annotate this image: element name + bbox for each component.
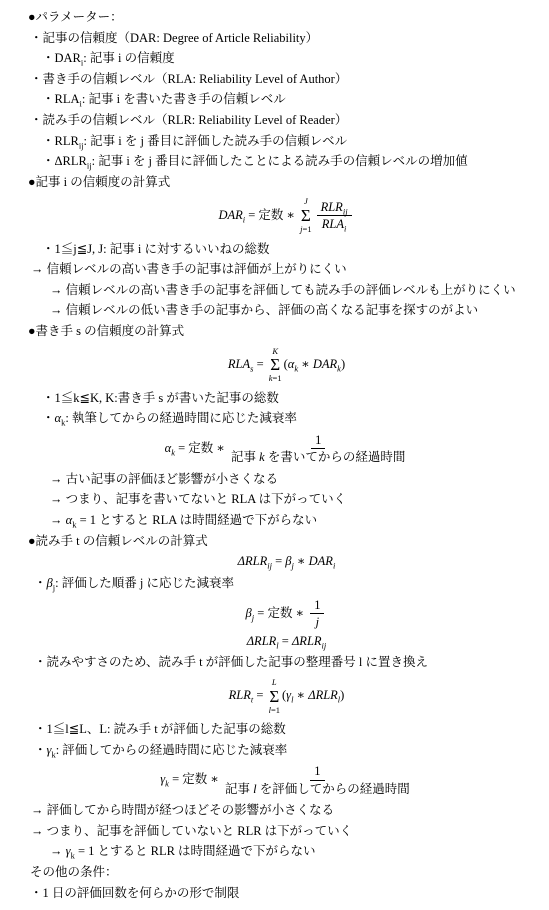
fraction-numerator: 1 <box>310 598 324 614</box>
fraction: RLRijRLAi <box>317 200 352 232</box>
formula-text: (γl ∗ ΔRLRl) <box>282 688 344 704</box>
formula-text: βj = 定数 ∗ <box>246 606 308 622</box>
formula-text: DARi = 定数 ∗ <box>218 208 298 224</box>
doc-line: → γk = 1 とすると RLR は時間経過で下がらない <box>28 841 545 862</box>
fraction-denominator: 記事 l を評価してからの経過時間 <box>225 781 410 796</box>
sum-lower-limit: k=1 <box>269 373 282 384</box>
fraction-numerator: 1 <box>310 764 324 780</box>
sigma-glyph: Σ <box>269 688 279 705</box>
doc-line: ・αk: 執筆してからの経過時間に応じた減衰率 <box>28 408 545 429</box>
doc-line: ・βj: 評価した順番 j に応じた減衰率 <box>28 573 545 594</box>
sum-lower-limit: l=1 <box>269 705 280 716</box>
doc-line: ・RLAi: 記事 i を書いた書き手の信頼レベル <box>28 89 545 110</box>
formula-line: γk = 定数 ∗ 1記事 l を評価してからの経過時間 <box>28 764 545 796</box>
fraction-numerator: RLRij <box>317 200 352 216</box>
doc-line: → 信頼レベルの高い書き手の記事は評価が上がりにくい <box>28 259 545 280</box>
formula-text: (αk ∗ DARk) <box>284 357 346 373</box>
formula-line: ΔRLRij = βj ∗ DARi <box>28 554 545 570</box>
formula-line: RLRt = LΣl=1(γl ∗ ΔRLRl) <box>28 677 545 715</box>
doc-line: ・書き手の信頼レベル（RLA: Reliability Level of Aut… <box>28 69 545 90</box>
formula-text: αk = 定数 ∗ <box>165 441 228 457</box>
doc-line: ・DARi: 記事 i の信頼度 <box>28 48 545 69</box>
formula-line: ΔRLRl = ΔRLRij <box>28 633 545 649</box>
sigma-glyph: Σ <box>301 207 311 224</box>
formula-line: βj = 定数 ∗ 1j <box>28 598 545 630</box>
fraction-numerator: 1 <box>311 433 325 449</box>
doc-line: ・1≦l≦L、L: 読み手 t が評価した記事の総数 <box>28 719 545 740</box>
doc-line: ・γk: 評価してからの経過時間に応じた減衰率 <box>28 740 545 761</box>
formula: γk = 定数 ∗ 1記事 l を評価してからの経過時間 <box>160 764 413 796</box>
formula-line: DARi = 定数 ∗ JΣj=1RLRijRLAi <box>28 196 545 234</box>
formula: ΔRLRij = βj ∗ DARi <box>238 554 336 570</box>
doc-line: ●記事 i の信頼度の計算式 <box>28 172 545 193</box>
doc-line: ・読みやすさのため、読み手 t が評価した記事の整理番号 l に置き換え <box>28 652 545 673</box>
doc-line: → 信頼レベルの高い書き手の記事を評価しても読み手の評価レベルも上がりにくい <box>28 280 545 301</box>
doc-line: → 古い記事の評価ほど影響が小さくなる <box>28 469 545 490</box>
fraction-denominator: j <box>316 614 319 629</box>
doc-line: ●読み手 t の信頼レベルの計算式 <box>28 531 545 552</box>
formula: RLAs = KΣk=1(αk ∗ DARk) <box>228 346 345 384</box>
formula-text: ΔRLRij = βj ∗ DARi <box>238 554 336 570</box>
doc-line: → αk = 1 とすると RLA は時間経過で下がらない <box>28 510 545 531</box>
doc-line: ・1 日の評価回数を何らかの形で制限 <box>28 883 545 904</box>
doc-line: ・1≦j≦J, J: 記事 i に対するいいねの総数 <box>28 239 545 260</box>
doc-line: → つまり、記事を評価していないと RLR は下がっていく <box>28 821 545 842</box>
formula: αk = 定数 ∗ 1記事 k を書いてからの経過時間 <box>165 433 409 465</box>
sum-upper-limit: L <box>272 677 277 688</box>
doc-line: → 評価してから時間が経つほどその影響が小さくなる <box>28 800 545 821</box>
formula: DARi = 定数 ∗ JΣj=1RLRijRLAi <box>218 196 354 234</box>
fraction-denominator: RLAi <box>322 216 347 231</box>
doc-line: ●パラメーター： <box>28 7 545 28</box>
doc-line: その他の条件： <box>28 862 545 883</box>
doc-line: ●書き手 s の信頼度の計算式 <box>28 321 545 342</box>
doc-line: ・記事の信頼度（DAR: Degree of Article Reliabili… <box>28 28 545 49</box>
formula-text: RLRt = <box>229 688 267 704</box>
fraction: 1j <box>310 598 324 630</box>
summation-symbol: LΣl=1 <box>269 677 280 715</box>
sum-lower-limit: j=1 <box>300 224 311 235</box>
formula: ΔRLRl = ΔRLRij <box>247 634 327 650</box>
doc-line: ・ΔRLRij: 記事 i を j 番目に評価したことによる読み手の信頼レベルの… <box>28 151 545 172</box>
formula-line: RLAs = KΣk=1(αk ∗ DARk) <box>28 346 545 384</box>
fraction: 1記事 l を評価してからの経過時間 <box>225 764 410 796</box>
formula-text: ΔRLRl = ΔRLRij <box>247 634 327 650</box>
doc-line: ・1≦k≦K, K:書き手 s が書いた記事の総数 <box>28 388 545 409</box>
doc-line: → 信頼レベルの低い書き手の記事から、評価の高くなる記事を探すのがよい <box>28 300 545 321</box>
document-content: ●パラメーター：・記事の信頼度（DAR: Degree of Article R… <box>0 0 549 903</box>
formula-text: γk = 定数 ∗ <box>160 772 222 788</box>
fraction-denominator: 記事 k を書いてからの経過時間 <box>231 449 405 464</box>
formula: RLRt = LΣl=1(γl ∗ ΔRLRl) <box>229 677 345 715</box>
doc-line: ・RLRij: 記事 i を j 番目に評価した読み手の信頼レベル <box>28 131 545 152</box>
summation-symbol: JΣj=1 <box>300 196 311 234</box>
doc-line: ・読み手の信頼レベル（RLR: Reliability Level of Rea… <box>28 110 545 131</box>
formula: βj = 定数 ∗ 1j <box>246 598 328 630</box>
document-page: ●パラメーター：・記事の信頼度（DAR: Degree of Article R… <box>0 0 549 910</box>
summation-symbol: KΣk=1 <box>269 346 282 384</box>
sigma-glyph: Σ <box>270 356 280 373</box>
doc-line: → つまり、記事を書いてないと RLA は下がっていく <box>28 489 545 510</box>
fraction: 1記事 k を書いてからの経過時間 <box>231 433 405 465</box>
formula-text: RLAs = <box>228 357 267 373</box>
formula-line: αk = 定数 ∗ 1記事 k を書いてからの経過時間 <box>28 433 545 465</box>
